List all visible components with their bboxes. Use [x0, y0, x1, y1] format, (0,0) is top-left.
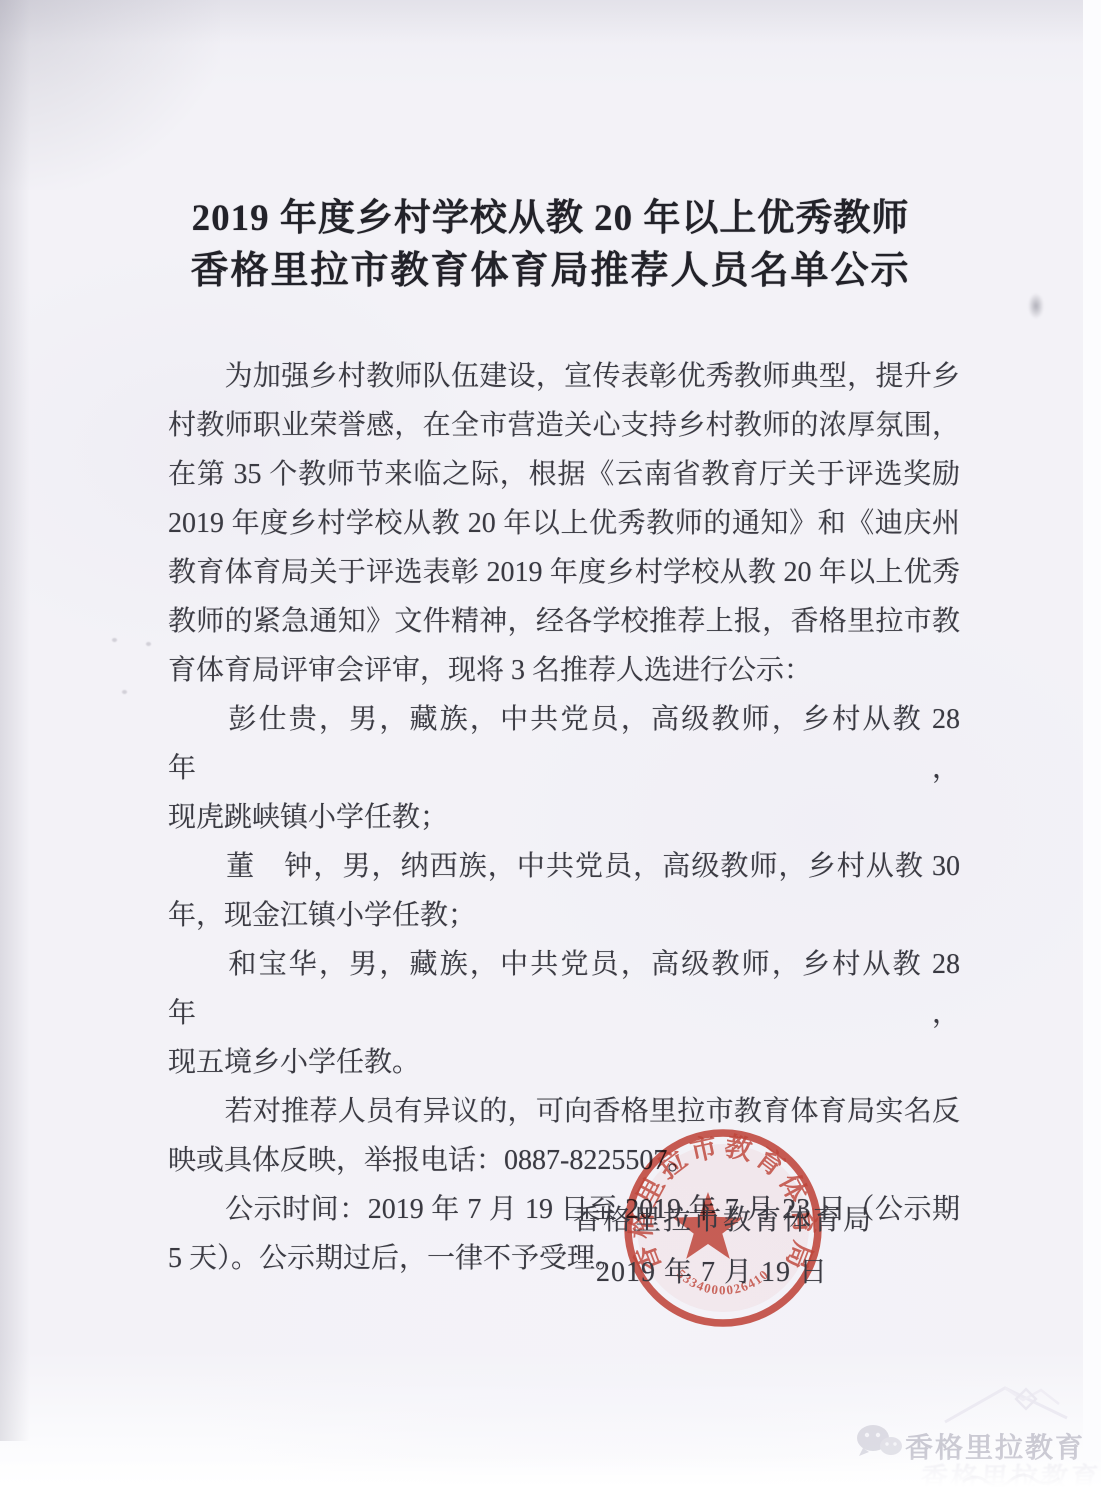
wechat-icon	[857, 1425, 902, 1456]
title-line-2: 香格里拉市教育体育局推荐人员名单公示	[0, 244, 1101, 298]
body-line: 育体育局评审会评审，现将 3 名推荐人选进行公示：	[168, 646, 960, 695]
scan-speck	[112, 638, 117, 642]
body-line: 映或具体反映，举报电话：0887-8225507。	[168, 1136, 960, 1185]
scan-artifact	[1028, 293, 1044, 319]
body-line: 5 天）。公示期过后，一律不予受理。	[168, 1234, 960, 1283]
scan-corner-shadow	[0, 0, 220, 190]
body-line: 年，现金江镇小学任教；	[168, 891, 960, 940]
body-line: 为加强乡村教师队伍建设，宣传表彰优秀教师典型，提升乡	[168, 352, 960, 401]
body-line: 彭仕贵，男，藏族，中共党员，高级教师，乡村从教 28 年，	[168, 695, 960, 793]
signature-organization: 香格里拉市教育体育局	[573, 1198, 873, 1238]
scan-speck	[122, 690, 127, 694]
scan-bottom-fade	[0, 1455, 1101, 1501]
document-body: 为加强乡村教师队伍建设，宣传表彰优秀教师典型，提升乡 村教师职业荣誉感，在全市营…	[168, 352, 960, 1283]
body-line: 2019 年度乡村学校从教 20 年以上优秀教师的通知》和《迪庆州	[168, 499, 960, 548]
title-line-1: 2019 年度乡村学校从教 20 年以上优秀教师	[0, 194, 1101, 244]
body-line: 和宝华，男，藏族，中共党员，高级教师，乡村从教 28 年，	[168, 940, 960, 1038]
document-page: 2019 年度乡村学校从教 20 年以上优秀教师 香格里拉市教育体育局推荐人员名…	[0, 0, 1101, 1501]
document-title: 2019 年度乡村学校从教 20 年以上优秀教师 香格里拉市教育体育局推荐人员名…	[0, 194, 1101, 298]
body-line: 教师的紧急通知》文件精神，经各学校推荐上报，香格里拉市教	[168, 597, 960, 646]
body-line: 董 钟，男，纳西族，中共党员，高级教师，乡村从教 30	[168, 842, 960, 891]
body-line: 教育体育局关于评选表彰 2019 年度乡村学校从教 20 年以上优秀	[168, 548, 960, 597]
signature-date: 2019 年 7 月 19 日	[596, 1250, 828, 1290]
scan-speck	[146, 642, 151, 646]
body-line: 现虎跳峡镇小学任教；	[168, 793, 960, 842]
body-line: 在第 35 个教师节来临之际，根据《云南省教育厅关于评选奖励	[168, 450, 960, 499]
body-line: 现五境乡小学任教。	[168, 1038, 960, 1087]
body-line: 村教师职业荣誉感，在全市营造关心支持乡村教师的浓厚氛围，	[168, 401, 960, 450]
body-line: 若对推荐人员有异议的，可向香格里拉市教育体育局实名反	[168, 1087, 960, 1136]
